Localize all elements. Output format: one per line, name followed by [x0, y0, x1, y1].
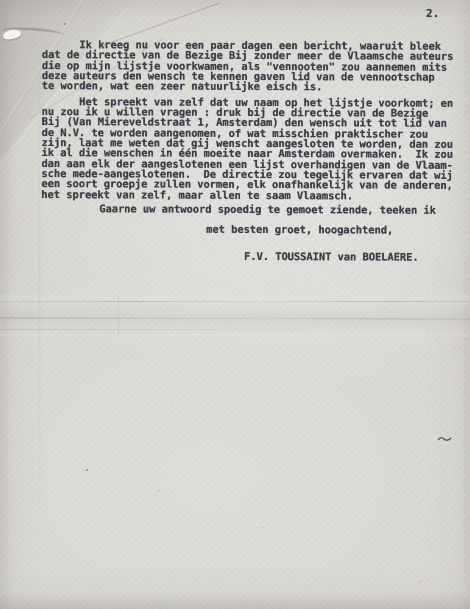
paragraph-1: Ik kreeg nu voor een paar dagen een beri…: [42, 40, 466, 94]
fold-line: [0, 301, 470, 302]
paper-speck: [64, 23, 66, 25]
paper-speck: [158, 490, 159, 491]
pen-mark: [437, 434, 453, 444]
fold-line: [0, 329, 310, 330]
paper-speck: [420, 581, 421, 582]
closing-line: Gaarne uw antwoord spoedig te gemoet zie…: [99, 204, 465, 216]
letter-body: Ik kreeg nu voor een paar dagen een beri…: [41, 40, 466, 263]
letter-page: 2. Ik kreeg nu voor een paar dagen een b…: [0, 0, 470, 609]
vertical-crease: [39, 60, 40, 540]
salutation-line: met besten groet, hoogachtend,: [206, 224, 465, 235]
page-number: 2.: [426, 9, 439, 19]
signature-name: F.V. TOUSSAINT van BOELAERE.: [244, 252, 465, 263]
paragraph-2: Het spreekt van zelf dat uw naam op het …: [41, 97, 465, 202]
paper-speck: [262, 527, 263, 528]
paper-speck: [86, 469, 88, 471]
fold-notch: [118, 296, 119, 336]
